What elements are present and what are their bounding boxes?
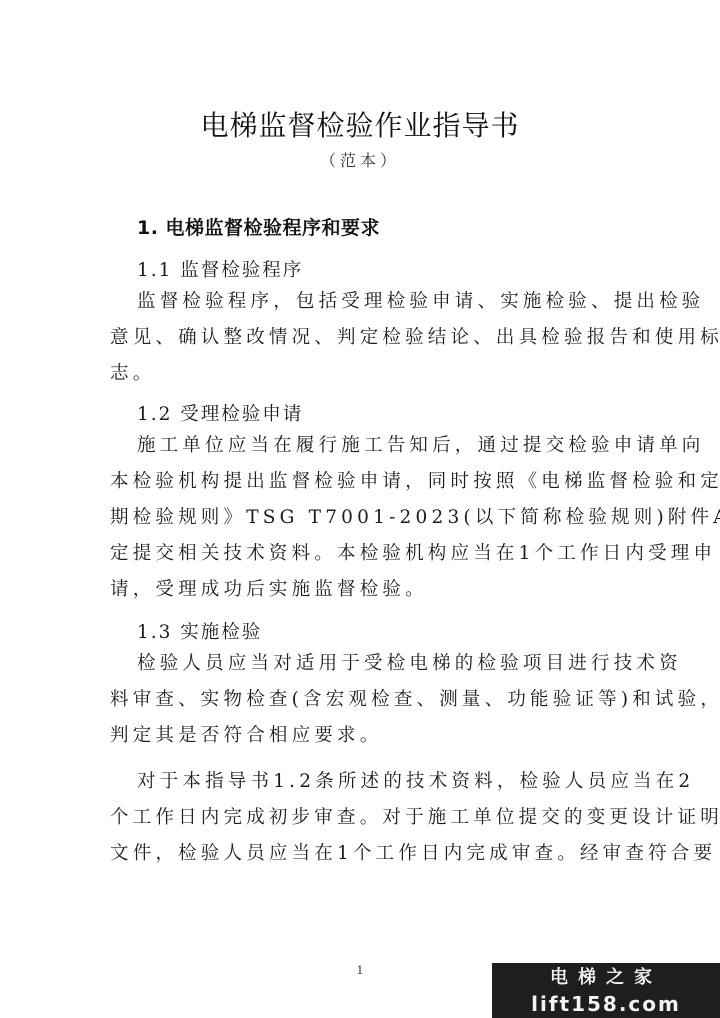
section-heading-1-3: 1.3 实施检验: [137, 618, 262, 644]
section-heading-1-1: 1.1 监督检验程序: [137, 256, 303, 282]
paragraph-line: 对于本指导书1.2条所述的技术资料，检验人员应当在2: [137, 764, 630, 800]
section-heading-1: 1. 电梯监督检验程序和要求: [137, 213, 380, 240]
paragraph-line: 意见、确认整改情况、判定检验结论、出具检验报告和使用标: [110, 320, 630, 356]
paragraph-line: 检验人员应当对适用于受检电梯的检验项目进行技术资: [137, 646, 630, 682]
watermark-brand: 电梯之家: [492, 965, 720, 991]
document-page: 电梯监督检验作业指导书 （范本） 1. 电梯监督检验程序和要求 1.1 监督检验…: [0, 0, 720, 1018]
paragraph-line: 施工单位应当在履行施工告知后，通过提交检验申请单向: [137, 428, 630, 464]
paragraph-line: 料审查、实物检查(含宏观检查、测量、功能验证等)和试验，: [110, 682, 630, 718]
paragraph-line: 判定其是否符合相应要求。: [110, 718, 630, 754]
document-title: 电梯监督检验作业指导书: [0, 104, 720, 144]
paragraph-line: 监督检验程序，包括受理检验申请、实施检验、提出检验: [137, 284, 630, 320]
paragraph-line: 文件，检验人员应当在1个工作日内完成审查。经审查符合要: [110, 836, 630, 872]
paragraph-line: 定提交相关技术资料。本检验机构应当在1个工作日内受理申: [110, 536, 630, 572]
watermark-badge: 电梯之家 lift158.com: [492, 963, 720, 1018]
paragraph-line: 志。: [110, 356, 630, 392]
section-heading-1-2: 1.2 受理检验申请: [137, 400, 303, 426]
paragraph-line: 个工作日内完成初步审查。对于施工单位提交的变更设计证明: [110, 800, 630, 836]
paragraph-line: 期检验规则》TSG T7001-2023(以下简称检验规则)附件A的规: [110, 500, 630, 536]
paragraph-line: 本检验机构提出监督检验申请，同时按照《电梯监督检验和定: [110, 464, 630, 500]
paragraph-line: 请，受理成功后实施监督检验。: [110, 572, 630, 608]
document-subtitle: （范本）: [0, 148, 720, 171]
watermark-url: lift158.com: [492, 991, 720, 1017]
